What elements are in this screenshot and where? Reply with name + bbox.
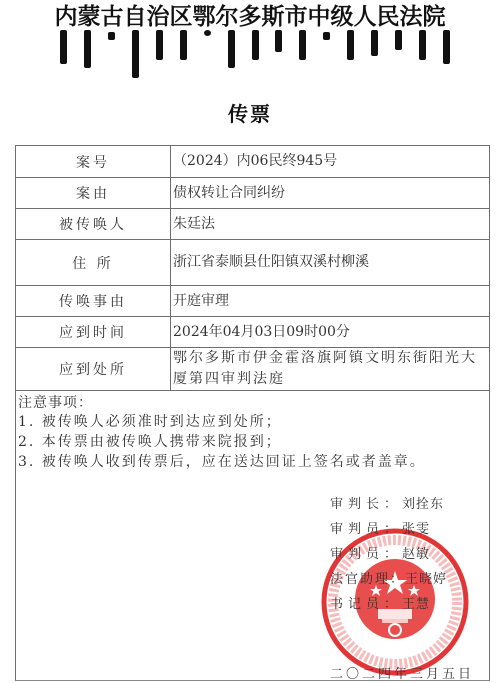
signature-judge-2: 审判员：赵敏	[330, 543, 430, 562]
summoned-person-label: 被传唤人	[16, 209, 171, 240]
table-row-case-number: 案号 （2024）内06民终945号	[16, 146, 490, 178]
judge-assistant-role: 法官助理：	[330, 572, 405, 587]
signature-judge-1: 审判员：张雯	[330, 518, 430, 537]
table-row-summons-reason: 传唤事由 开庭审理	[16, 286, 490, 317]
judge-1-name: 张雯	[402, 522, 430, 537]
table-row-appear-time: 应到时间 2024年04月03日09时00分	[16, 317, 490, 348]
case-cause-label: 案由	[16, 178, 171, 209]
document-title: 传票	[0, 98, 500, 127]
appear-time-value: 2024年04月03日09时00分	[171, 317, 490, 348]
table-row-appear-place: 应到处所 鄂尔多斯市伊金霍洛旗阿镇文明东街阳光大厦第四审判法庭	[16, 348, 490, 391]
mongol-glyph	[156, 30, 163, 60]
mongol-glyph	[347, 30, 354, 60]
clerk-name: 王慧	[402, 597, 430, 612]
summons-reason-value: 开庭审理	[171, 286, 490, 317]
notes-item-3: 3. 被传唤人收到传票后，应在送达回证上签名或者盖章。	[18, 451, 426, 471]
mongol-glyph	[228, 30, 235, 68]
clerk-role: 书记员：	[330, 597, 402, 612]
mongol-glyph	[108, 32, 115, 40]
judge-1-role: 审判员：	[330, 522, 402, 537]
appear-time-label: 应到时间	[16, 317, 171, 348]
presiding-judge-name: 刘拴东	[402, 497, 444, 512]
mongol-glyph	[180, 30, 187, 60]
table-row-case-cause: 案由 债权转让合同纠纷	[16, 178, 490, 209]
table-row-summoned-person: 被传唤人 朱廷法	[16, 209, 490, 240]
address-value: 浙江省泰顺县仕阳镇双溪村柳溪	[171, 240, 490, 286]
case-cause-value: 债权转让合同纠纷	[171, 178, 490, 209]
address-label: 住 所	[16, 240, 171, 286]
summoned-person-value: 朱廷法	[171, 209, 490, 240]
mongol-glyph	[204, 30, 211, 36]
mongol-glyph	[252, 30, 259, 60]
mongol-glyph	[371, 30, 378, 56]
notes-item-1: 1. 被传唤人必须准时到达应到处所；	[18, 411, 282, 431]
summons-info-table: 案号 （2024）内06民终945号 案由 债权转让合同纠纷 被传唤人 朱廷法 …	[15, 145, 490, 391]
mongol-glyph	[132, 30, 139, 78]
judge-assistant-name: 王晓婷	[405, 572, 447, 587]
mongol-glyph	[323, 32, 330, 40]
appear-place-value: 鄂尔多斯市伊金霍洛旗阿镇文明东街阳光大厦第四审判法庭	[171, 348, 490, 391]
mongolian-script-line	[60, 30, 450, 80]
mongol-glyph	[419, 30, 426, 60]
issue-date: 二〇二四年三月五日	[330, 663, 474, 682]
judge-2-name: 赵敏	[402, 547, 430, 562]
signature-clerk: 书记员：王慧	[330, 593, 430, 612]
judge-2-role: 审判员：	[330, 547, 402, 562]
presiding-judge-role: 审判长：	[330, 497, 402, 512]
signature-judge-assistant: 法官助理：王晓婷	[330, 568, 447, 587]
mongol-glyph	[84, 30, 91, 68]
table-row-address: 住 所 浙江省泰顺县仕阳镇双溪村柳溪	[16, 240, 490, 286]
summons-reason-label: 传唤事由	[16, 286, 171, 317]
notes-title: 注意事项：	[18, 392, 93, 412]
mongol-glyph	[395, 30, 402, 50]
case-number-label: 案号	[16, 146, 171, 178]
mongol-glyph	[275, 30, 282, 52]
mongol-glyph	[443, 30, 450, 64]
appear-place-label: 应到处所	[16, 348, 171, 391]
notes-item-2: 2. 本传票由被传唤人携带来院报到；	[18, 431, 282, 451]
signature-presiding-judge: 审判长：刘拴东	[330, 493, 444, 512]
court-name: 内蒙古自治区鄂尔多斯市中级人民法院	[0, 2, 500, 32]
mongol-glyph	[60, 30, 67, 64]
case-number-value: （2024）内06民终945号	[171, 146, 490, 178]
mongol-glyph	[299, 30, 306, 60]
